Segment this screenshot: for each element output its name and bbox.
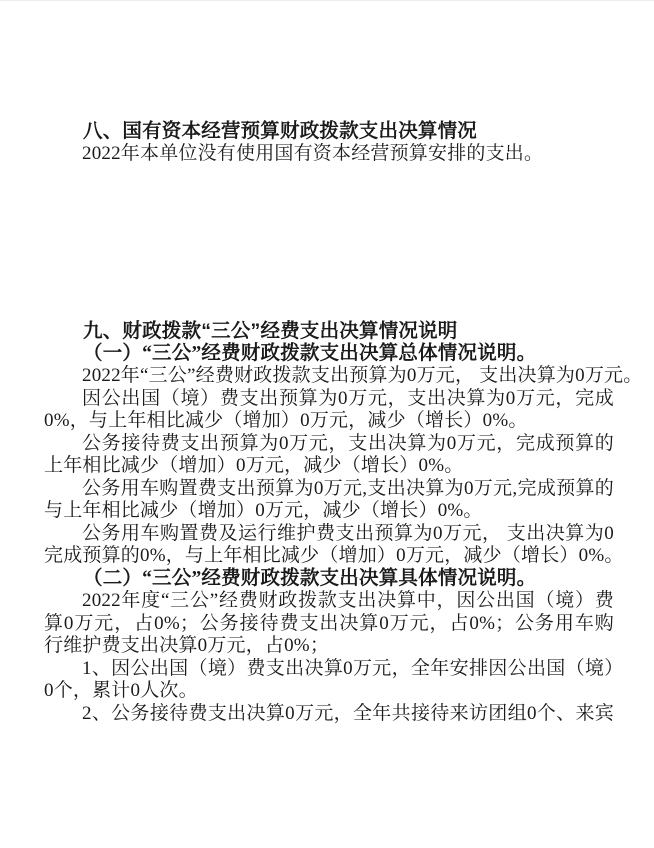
text-line: 上年相比减少（增加）0万元，减少（增长）0%。 <box>44 455 614 478</box>
text-line: 因公出国（境）费支出预算为0万元，支出决算为0万元，完成预算的 <box>44 388 614 411</box>
text-line: 1、因公出国（境）费支出决算0万元，全年安排因公出国（境）团组 <box>44 658 614 681</box>
text-line: 2、公务接待费支出决算0万元，全年共接待来访团组0个、来宾0人次。 <box>44 703 614 726</box>
section-gap <box>44 165 614 320</box>
text-line: 八、国有资本经营预算财政拨款支出决算情况 <box>44 120 614 143</box>
text-line: 2022年“三公”经费财政拨款支出预算为0万元， 支出决算为0万元。 <box>44 365 614 388</box>
section-eight-state-capital-budget: 八、国有资本经营预算财政拨款支出决算情况2022年本单位没有使用国有资本经营预算… <box>44 120 614 165</box>
text-line: 2022年度“三公”经费财政拨款支出决算中，因公出国（境）费支出决 <box>44 590 614 613</box>
text-line: 完成预算的0%，与上年相比减少（增加）0万元，减少（增长）0%。 <box>44 545 614 568</box>
text-line: 公务接待费支出预算为0万元，支出决算为0万元，完成预算的0%，与 <box>44 433 614 456</box>
text-line: 公务用车购置费支出预算为0万元,支出决算为0万元,完成预算的0%, <box>44 478 614 501</box>
text-line: （二）“三公”经费财政拨款支出决算具体情况说明。 <box>44 568 614 591</box>
text-line: 行维护费支出决算0万元，占0%； <box>44 635 614 658</box>
text-line: 算0万元，占0%；公务接待费支出决算0万元，占0%；公务用车购置费及运 <box>44 613 614 636</box>
section-nine-three-public-expenses: 九、财政拨款“三公”经费支出决算情况说明（一）“三公”经费财政拨款支出决算总体情… <box>44 320 614 725</box>
text-line: 公务用车购置费及运行维护费支出预算为0万元， 支出决算为0万元， <box>44 523 614 546</box>
text-line: 0个，累计0人次。 <box>44 680 614 703</box>
document-content: 八、国有资本经营预算财政拨款支出决算情况2022年本单位没有使用国有资本经营预算… <box>44 120 614 725</box>
text-line: 九、财政拨款“三公”经费支出决算情况说明 <box>44 320 614 343</box>
text-line: （一）“三公”经费财政拨款支出决算总体情况说明。 <box>44 343 614 366</box>
text-line: 与上年相比减少（增加）0万元，减少（增长）0%。 <box>44 500 614 523</box>
text-line: 0%，与上年相比减少（增加）0万元，减少（增长）0%。 <box>44 410 614 433</box>
text-line: 2022年本单位没有使用国有资本经营预算安排的支出。 <box>44 143 614 166</box>
document-page: 八、国有资本经营预算财政拨款支出决算情况2022年本单位没有使用国有资本经营预算… <box>0 0 654 848</box>
